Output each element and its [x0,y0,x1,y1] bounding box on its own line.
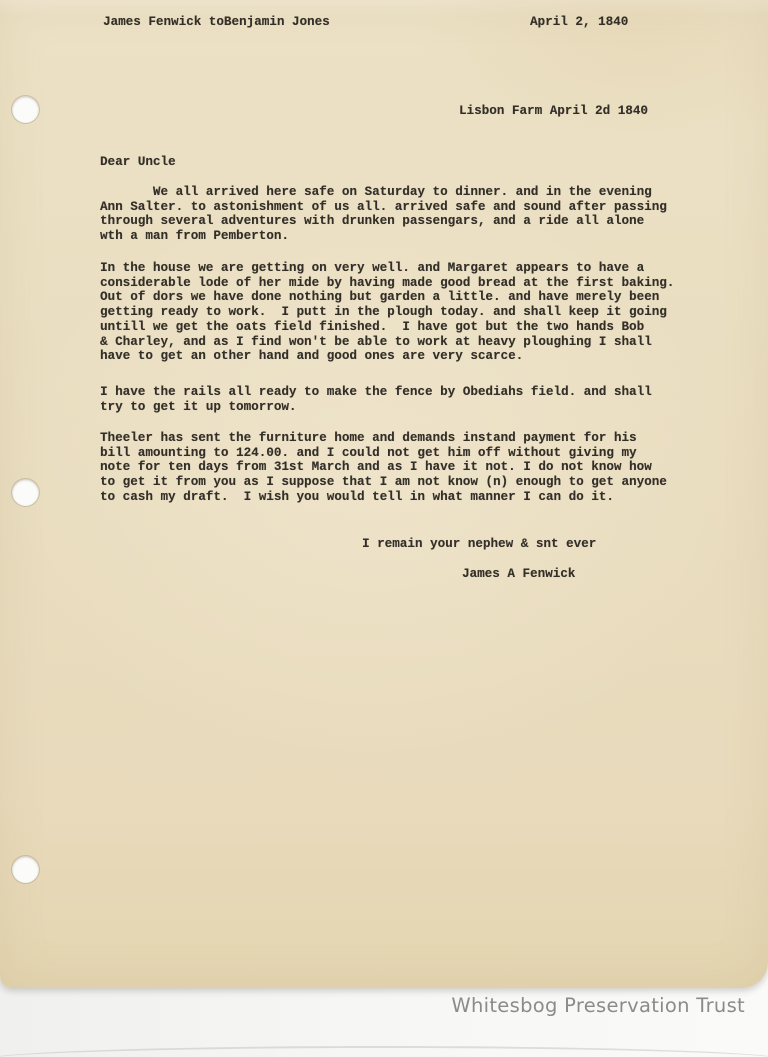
scan-background: James Fenwick toBenjamin Jones April 2, … [0,0,768,1057]
letter-dateline: Lisbon Farm April 2d 1840 [459,104,648,119]
letter-signature: James A Fenwick [462,567,575,582]
annotation-correspondents: James Fenwick toBenjamin Jones [103,15,330,30]
letter-paragraph-farm-work: In the house we are getting on very well… [100,261,674,364]
letter-paper: James Fenwick toBenjamin Jones April 2, … [0,0,768,988]
letter-paragraph-arrival: We all arrived here safe on Saturday to … [100,185,667,244]
letter-closing: I remain your nephew & snt ever [362,537,596,552]
scan-bottom-edge [0,1046,768,1057]
punch-hole-bottom [12,856,39,883]
letter-paragraph-payment: Theeler has sent the furniture home and … [100,431,667,505]
annotation-date: April 2, 1840 [530,15,628,30]
punch-hole-middle [12,479,39,506]
letter-salutation: Dear Uncle [100,155,176,170]
punch-hole-top [12,96,39,123]
watermark-text: Whitesbog Preservation Trust [451,993,745,1019]
letter-paragraph-fence: I have the rails all ready to make the f… [100,385,652,414]
